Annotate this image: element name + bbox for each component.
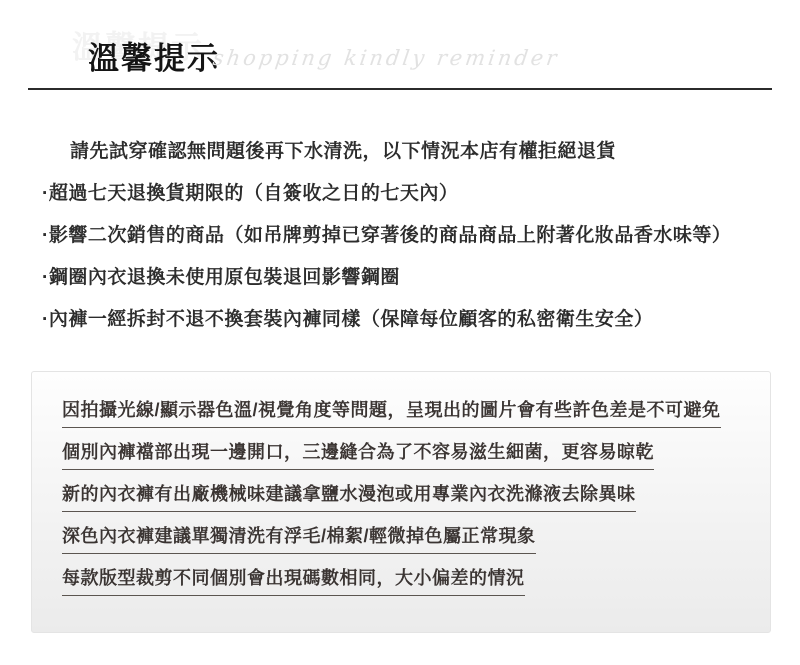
note-text: 新的內衣褲有出廠機械味建議拿鹽水漫泡或用專業內衣洗滌液去除異味 [62, 483, 636, 512]
note-text: 深色內衣褲建議單獨清洗有浮毛/棉絮/輕微掉色屬正常現象 [62, 525, 536, 554]
decorative-script-subtitle: shopping kindly reminder [210, 40, 515, 76]
note-text: 個別內褲襠部出現一邊開口，三邊縫合為了不容易滋生細菌，更容易晾乾 [62, 441, 654, 470]
policy-item: ·內褲一經拆封不退不換套裝內褲同樣（保障每位顧客的私密衛生安全） [42, 308, 772, 331]
product-notes-panel: 因拍攝光線/顯示器色溫/視覺角度等問題，呈現出的圖片會有些許色差是不可避免 個別… [31, 371, 771, 633]
return-policy-section: 請先試穿確認無問題後再下水清洗，以下情況本店有權拒絕退貨 ·超過七天退換貨期限的… [42, 140, 772, 350]
note-text: 每款版型裁剪不同個別會出現碼數相同，大小偏差的情況 [62, 567, 525, 596]
policy-item: ·超過七天退換貨期限的（自簽收之日的七天內） [42, 182, 772, 205]
policy-intro-line: 請先試穿確認無問題後再下水清洗，以下情況本店有權拒絕退貨 [70, 140, 772, 163]
note-row: 新的內衣褲有出廠機械味建議拿鹽水漫泡或用專業內衣洗滌液去除異味 [62, 483, 752, 512]
page-title: 溫馨提示 [88, 42, 220, 76]
note-row: 深色內衣褲建議單獨清洗有浮毛/棉絮/輕微掉色屬正常現象 [62, 525, 752, 554]
note-row: 因拍攝光線/顯示器色溫/視覺角度等問題，呈現出的圖片會有些許色差是不可避免 [62, 399, 752, 428]
reminder-page: 溫馨提示 溫馨提示 shopping kindly reminder 請先試穿確… [0, 0, 800, 665]
header-divider [28, 88, 772, 90]
policy-item: ·影響二次銷售的商品（如吊牌剪掉已穿著後的商品商品上附著化妝品香水味等） [42, 224, 772, 247]
note-row: 每款版型裁剪不同個別會出現碼數相同，大小偏差的情況 [62, 567, 752, 596]
note-row: 個別內褲襠部出現一邊開口，三邊縫合為了不容易滋生細菌，更容易晾乾 [62, 441, 752, 470]
note-text: 因拍攝光線/顯示器色溫/視覺角度等問題，呈現出的圖片會有些許色差是不可避免 [62, 399, 721, 428]
policy-item: ·鋼圈內衣退換未使用原包裝退回影響鋼圈 [42, 266, 772, 289]
